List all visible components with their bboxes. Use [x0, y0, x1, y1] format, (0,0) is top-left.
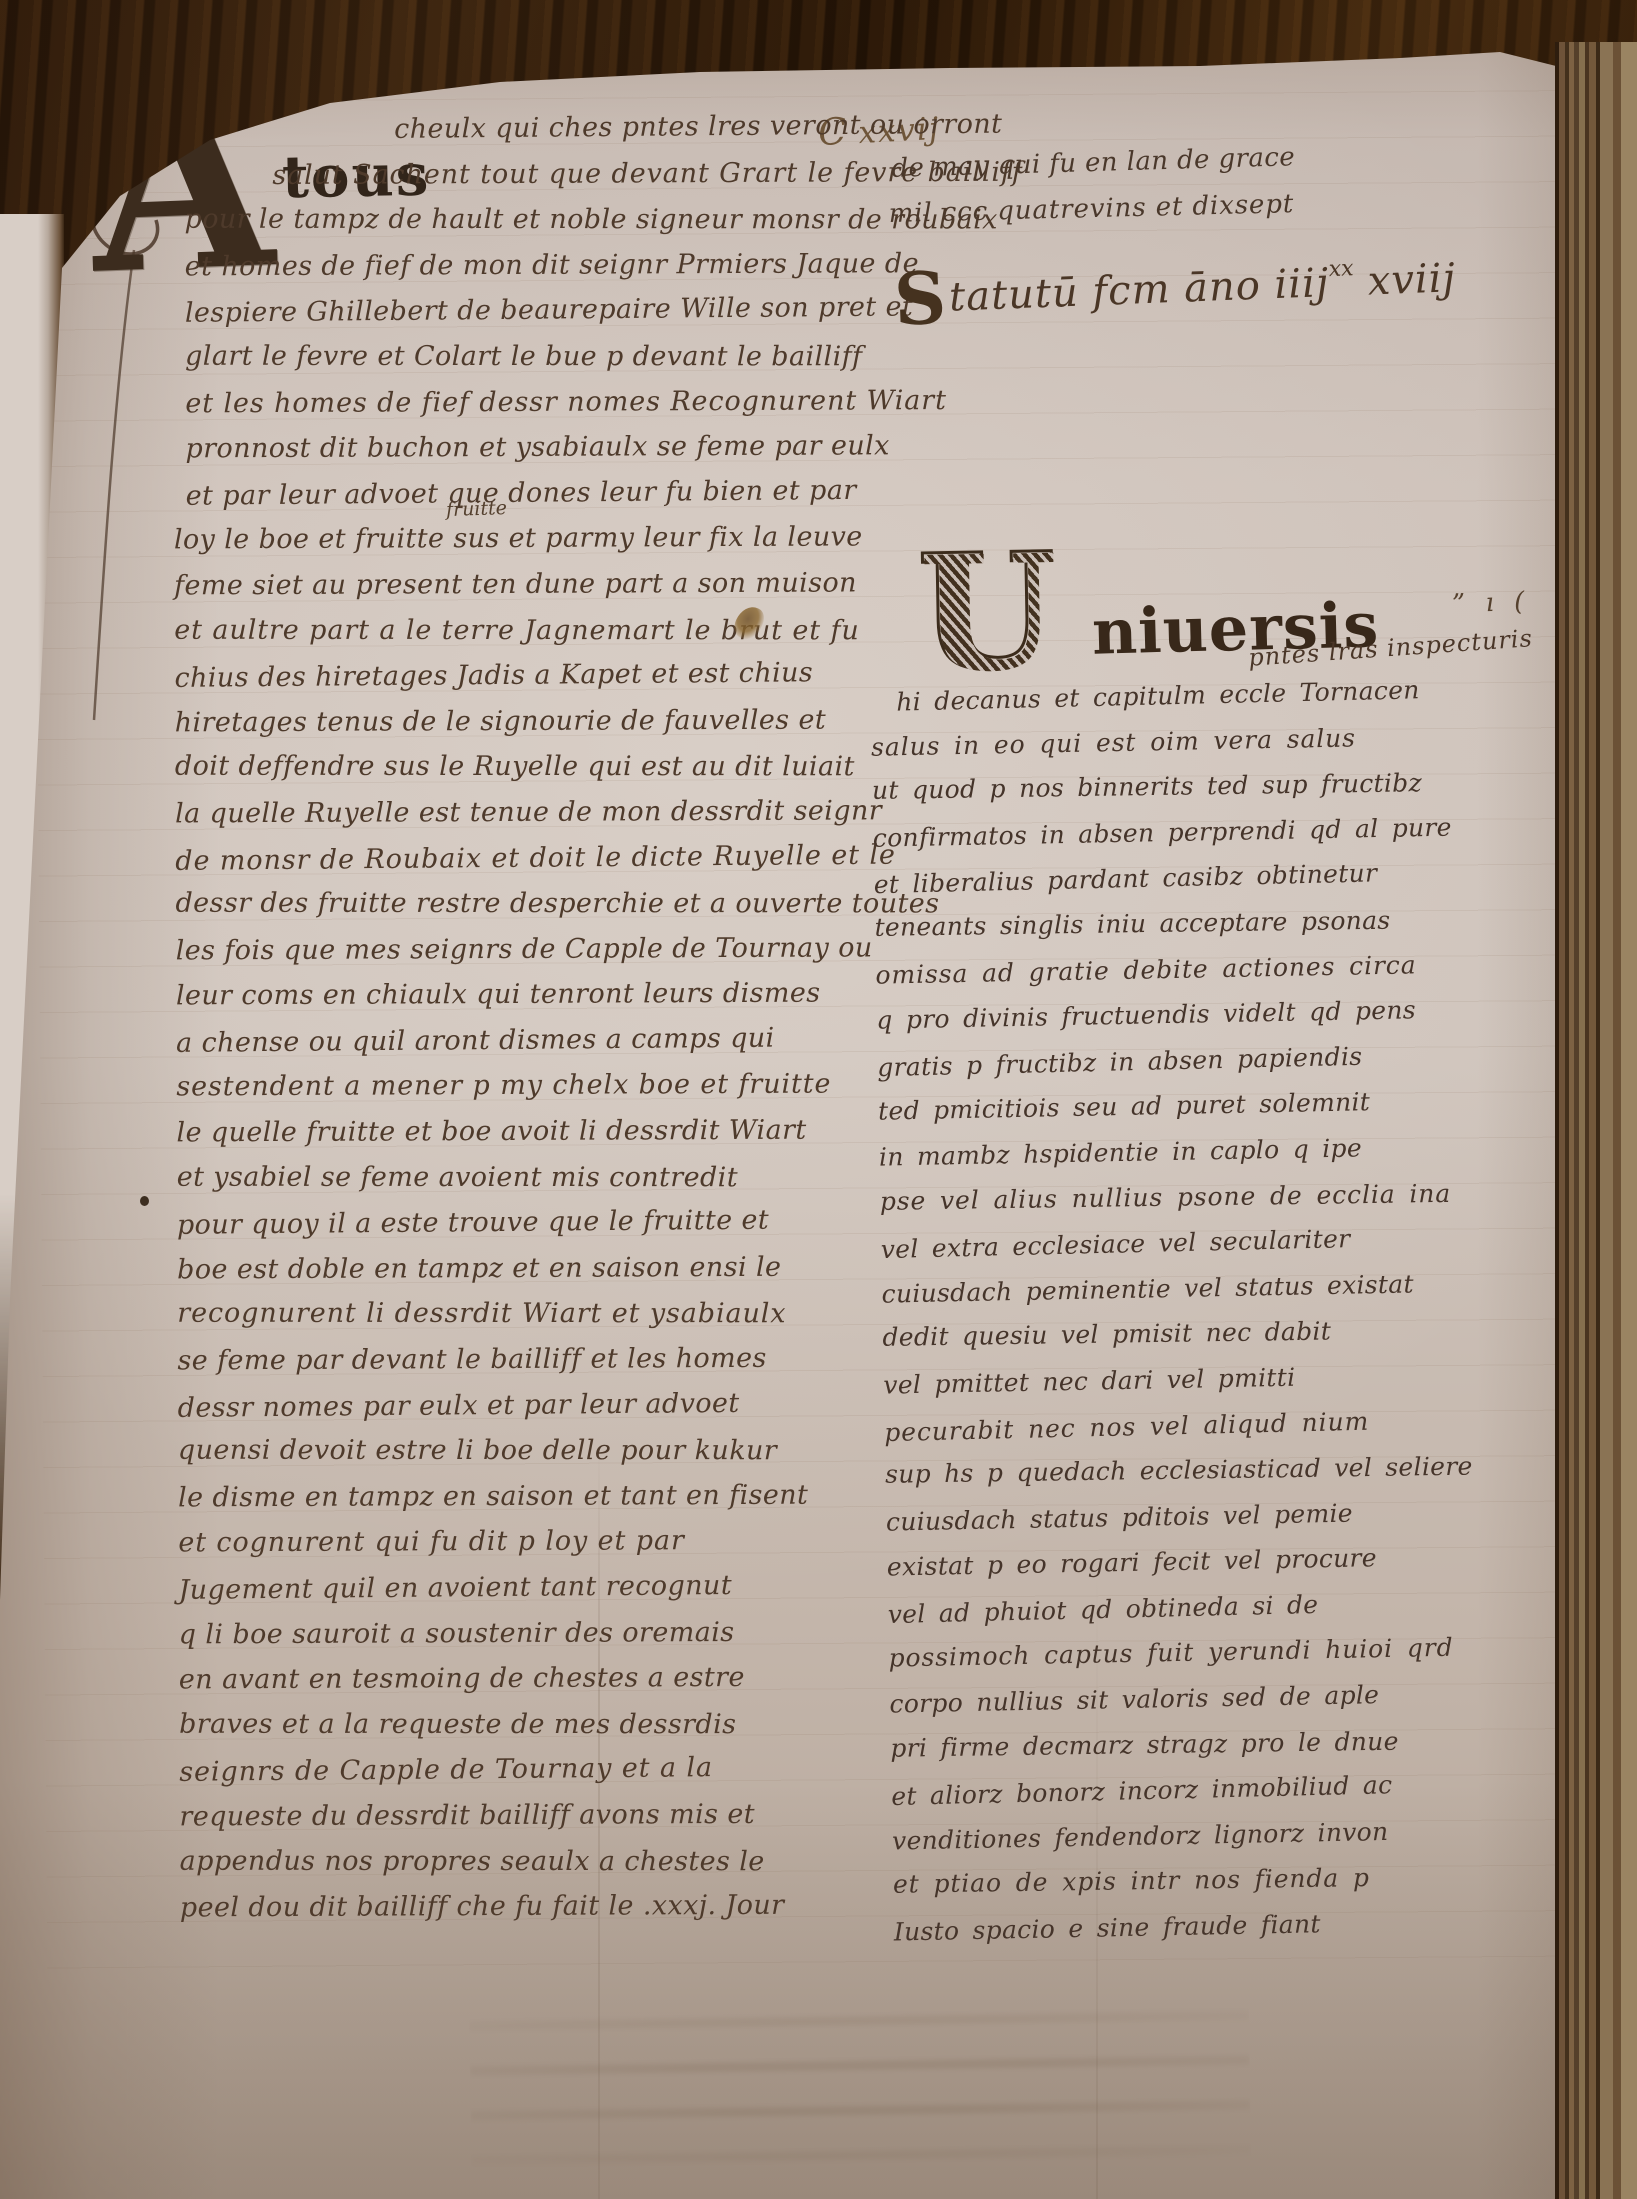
heading-text: tatutū fcm āno iiij: [948, 260, 1330, 321]
text-line: recognurent li dessrdit Wiart et ysabiau…: [177, 1291, 825, 1337]
heading-suffix: xviij: [1367, 255, 1457, 304]
text-line: lespiere Ghillebert de beaurepaire Wille…: [173, 286, 821, 337]
text-line: en avant en tesmoing de chestes a estre: [179, 1655, 827, 1703]
text-line: et aultre part a le terre Jagnemart le b…: [174, 607, 822, 653]
text-line: et homes de fief de mon dit seignr Prmie…: [173, 241, 821, 289]
text-line: le quelle fruitte et boe avoit li dessrd…: [176, 1108, 824, 1156]
heading-initial-S: S: [893, 255, 949, 342]
text-line: la quelle Ruyelle est tenue de mon dessr…: [175, 788, 823, 836]
ink-blot: [140, 1196, 149, 1206]
text-line: salut Sachent tout que devant Grart le f…: [172, 150, 820, 198]
text-line: glart le fevre et Colart le bue p devant…: [173, 334, 821, 380]
text-line: les fois que mes seignrs de Capple de To…: [176, 925, 824, 973]
text-line: pour le tampz de hault et noble signeur …: [172, 197, 820, 243]
text-line: braves et a la requeste de mes dessrdis: [179, 1701, 827, 1747]
text-line: le disme en tampz en saison et tant en f…: [178, 1472, 826, 1520]
book-fore-edge: [1555, 42, 1637, 2199]
right-text-column: hi decanus et capitulm eccle Tornacensal…: [870, 666, 1582, 1956]
text-line: doit deffendre sus le Ruyelle qui est au…: [175, 744, 823, 790]
text-line: appendus nos propres seaulx a chestes le: [180, 1838, 828, 1884]
text-line: leur coms en chiaulx qui tenront leurs d…: [176, 971, 824, 1019]
text-line: hiretages tenus de le signourie de fauve…: [175, 697, 823, 745]
left-text-column: cheulx qui ches pntes lres veront ou orr…: [172, 105, 828, 1932]
text-line: a chense ou quil aront dismes a camps qu…: [176, 1015, 824, 1066]
text-line: dessr nomes par eulx et par leur advoet: [178, 1380, 826, 1431]
text-line: teneants singlis iniu acceptare psonas: [874, 895, 1563, 950]
text-line: et ysabiel se feme avoient mis contredit: [177, 1154, 825, 1200]
text-line: chius des hiretages Jadis a Kapet et est…: [174, 650, 822, 701]
text-line: loy le boe et fruitte sus et parmy leur …: [174, 515, 822, 563]
text-line: dessr des fruitte restre desperchie et a…: [175, 881, 823, 927]
text-line: requeste du dessrdit bailliff avons mis …: [179, 1792, 827, 1840]
text-line: quensi devoit estre li boe delle pour ku…: [178, 1428, 826, 1474]
decorated-initial-U: U: [919, 535, 1060, 695]
margin-marks: ” ı (: [1452, 587, 1531, 620]
text-line: et cognurent qui fu dit p loy et par: [178, 1518, 826, 1566]
text-line: peel dou dit bailliff che fu fait le .xx…: [180, 1883, 828, 1931]
text-line: et les homes de fief dessr nomes Recognu…: [173, 378, 821, 426]
heading-superscript: xx: [1328, 256, 1354, 282]
text-line: sestendent a mener p my chelx boe et fru…: [176, 1062, 824, 1110]
text-line: boe est doble en tampz et en saison ensi…: [177, 1244, 825, 1292]
verso-showthrough: [469, 1987, 1251, 2178]
text-line: sup hs p quedach ecclesiasticad vel seli…: [885, 1442, 1574, 1497]
text-line: Jugement quil en avoient tant recognut: [178, 1562, 826, 1613]
text-line: se feme par devant le bailliff et les ho…: [177, 1336, 825, 1384]
text-line: pronnost dit buchon et ysabiaulx se feme…: [173, 424, 821, 472]
parchment-crease: [598, 1440, 600, 2199]
text-line: q li boe sauroit a soustenir des oremais: [179, 1609, 827, 1657]
manuscript-photo: Cxxvij A tous fruitte cheulx qui ches pn…: [0, 0, 1637, 2199]
latin-heading: Statutū fcm āno iiijxx xviij: [893, 235, 1458, 342]
text-line: pour quoy il a este trouve que le fruitt…: [177, 1197, 825, 1248]
text-line: et par leur advoet que dones leur fu bie…: [174, 468, 822, 519]
parchment-page: Cxxvij A tous fruitte cheulx qui ches pn…: [0, 0, 1637, 2199]
text-line: seignrs de Capple de Tournay et a la: [179, 1745, 827, 1796]
text-line: de monsr de Roubaix et doit le dicte Ruy…: [175, 833, 823, 884]
date-lines: de may qui fu en lan de gracemil ccc qua…: [891, 135, 1297, 237]
text-line: feme siet au present ten dune part a son…: [174, 561, 822, 609]
parchment-crease: [1096, 1560, 1098, 2199]
